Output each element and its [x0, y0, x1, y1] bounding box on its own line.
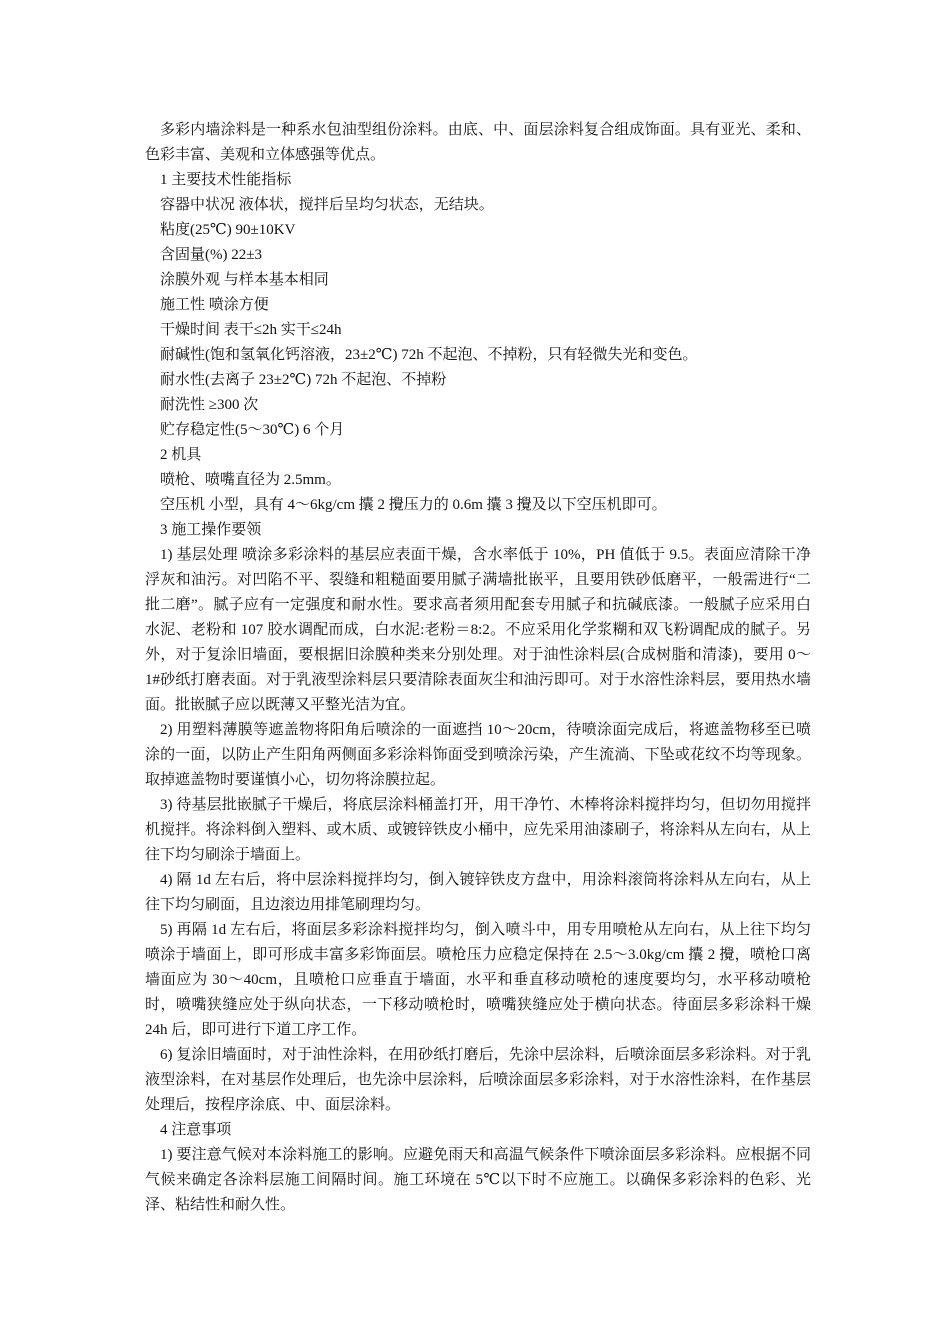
- equipment-item: 喷枪、喷嘴直径为 2.5mm。: [145, 468, 811, 493]
- spec-item: 含固量(%) 22±3: [145, 243, 811, 268]
- spec-item: 耐洗性 ≥300 次: [145, 393, 811, 418]
- section-heading-1: 1 主要技术性能指标: [145, 168, 811, 193]
- spec-item: 施工性 喷涂方便: [145, 293, 811, 318]
- procedure-paragraph: 5) 再隔 1d 左右后，将面层多彩涂料搅拌均匀，倒入喷斗中，用专用喷枪从左向右…: [145, 918, 811, 1043]
- procedure-paragraph: 3) 待基层批嵌腻子干燥后，将底层涂料桶盖打开，用干净竹、木棒将涂料搅拌均匀，但…: [145, 793, 811, 868]
- section-heading-2: 2 机具: [145, 443, 811, 468]
- equipment-item: 空压机 小型，具有 4～6kg/cm 攮 2 攪压力的 0.6m 攮 3 攪及以…: [145, 493, 811, 518]
- procedure-paragraph: 2) 用塑料薄膜等遮盖物将阳角后喷涂的一面遮挡 10～20cm，待喷涂面完成后，…: [145, 718, 811, 793]
- document-page: 多彩内墙涂料是一种系水包油型组份涂料。由底、中、面层涂料复合组成饰面。具有亚光、…: [145, 118, 811, 1218]
- spec-item: 涂膜外观 与样本基本相同: [145, 268, 811, 293]
- procedure-paragraph: 1) 基层处理 喷涂多彩涂料的基层应表面干燥，含水率低于 10%，PH 值低于 …: [145, 543, 811, 718]
- spec-item: 耐水性(去离子 23±2℃) 72h 不起泡、不掉粉: [145, 368, 811, 393]
- notice-paragraph: 1) 要注意气候对本涂料施工的影响。应避免雨天和高温气候条件下喷涂面层多彩涂料。…: [145, 1143, 811, 1218]
- section-heading-3: 3 施工操作要领: [145, 518, 811, 543]
- spec-item: 干燥时间 表干≤2h 实干≤24h: [145, 318, 811, 343]
- spec-item: 贮存稳定性(5～30℃) 6 个月: [145, 418, 811, 443]
- spec-item: 粘度(25℃) 90±10KV: [145, 218, 811, 243]
- procedure-paragraph: 6) 复涂旧墙面时，对于油性涂料，在用砂纸打磨后，先涂中层涂料，后喷涂面层多彩涂…: [145, 1043, 811, 1118]
- section-heading-4: 4 注意事项: [145, 1118, 811, 1143]
- intro-paragraph: 多彩内墙涂料是一种系水包油型组份涂料。由底、中、面层涂料复合组成饰面。具有亚光、…: [145, 118, 811, 168]
- spec-item: 容器中状况 液体状，搅拌后呈均匀状态，无结块。: [145, 193, 811, 218]
- spec-item: 耐碱性(饱和氢氧化钙溶液，23±2℃) 72h 不起泡、不掉粉，只有轻微失光和变…: [145, 343, 811, 368]
- procedure-paragraph: 4) 隔 1d 左右后，将中层涂料搅拌均匀，倒入镀锌铁皮方盘中，用涂料滚筒将涂料…: [145, 868, 811, 918]
